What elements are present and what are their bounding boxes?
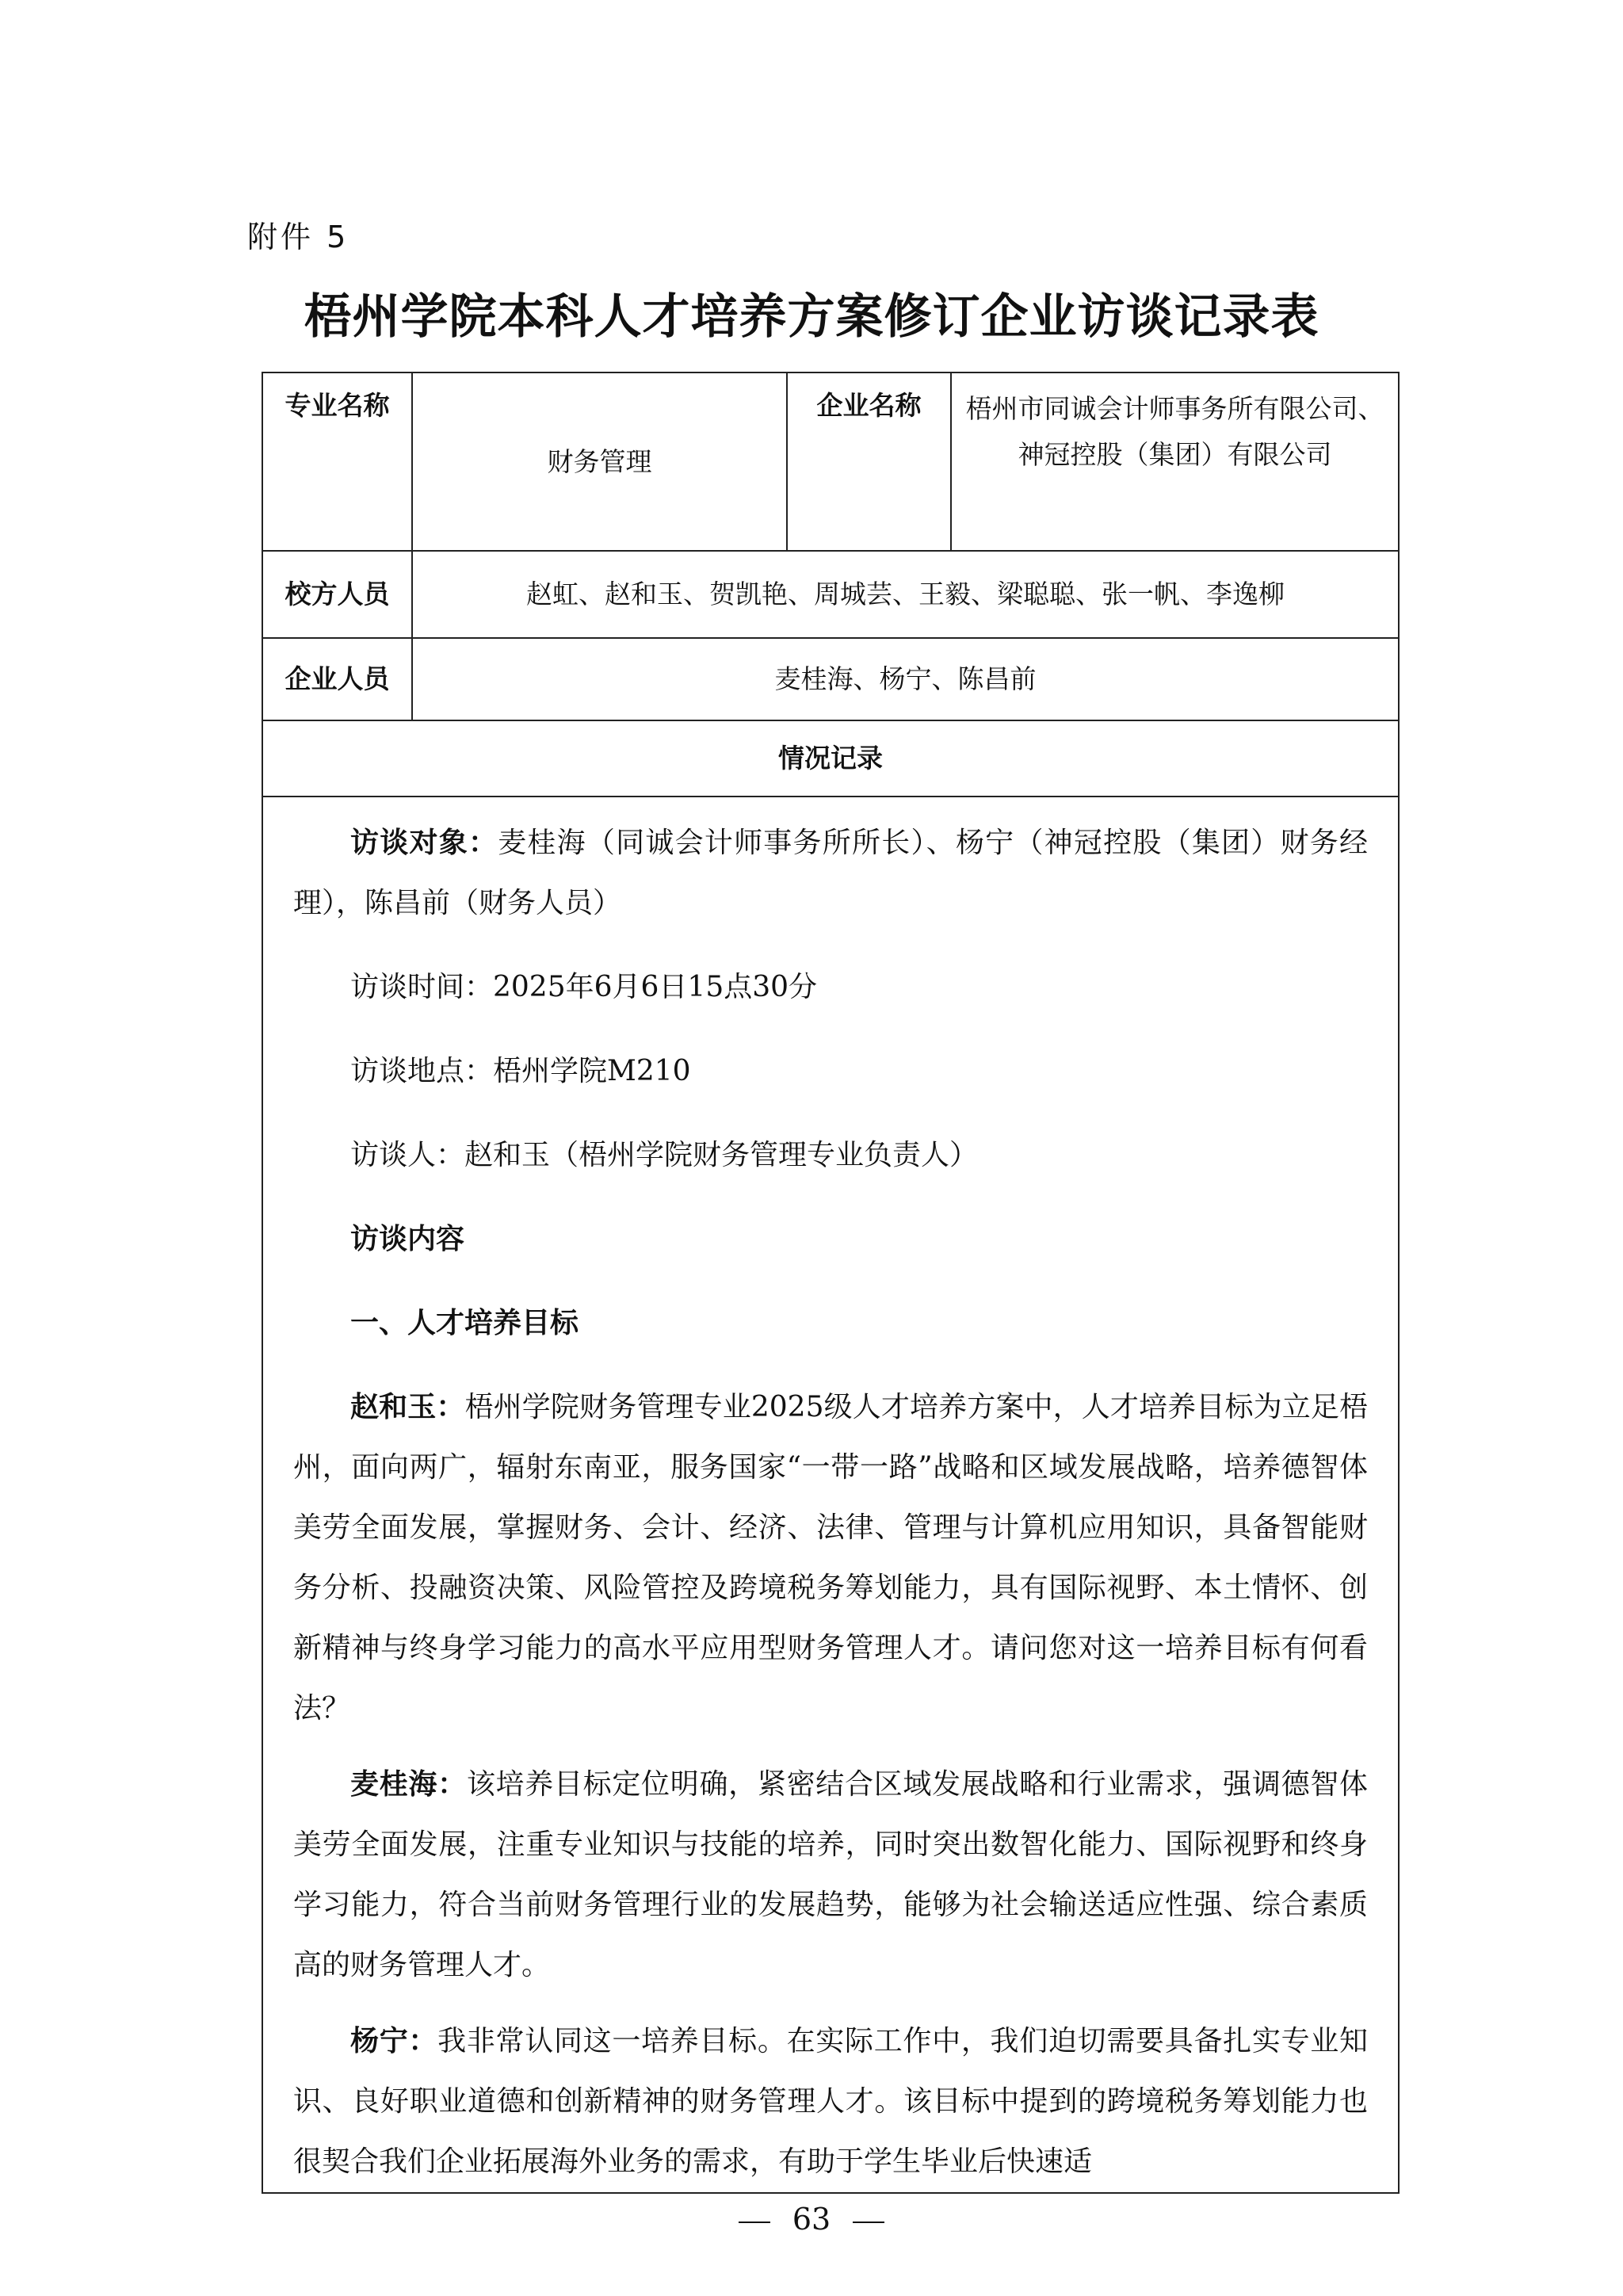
speaker-name: 杨宁： [350,2025,437,2057]
row-company-staff: 企业人员 麦桂海、杨宁、陈昌前 [262,638,1399,720]
record-header: 情况记录 [262,720,1399,797]
row-record-header: 情况记录 [262,720,1399,797]
dialogue-text: 梧州学院财务管理专业2025级人才培养方案中，人才培养目标为立足梧州，面向两广，… [293,1391,1368,1725]
school-staff-value: 赵虹、赵和玉、贺凯艳、周城芸、王毅、梁聪聪、张一帆、李逸柳 [412,551,1399,638]
attachment-label: 附件 5 [247,212,349,256]
dash-decoration [853,2222,884,2223]
speaker-name: 麦桂海： [350,1768,467,1801]
speaker-name: 赵和玉： [350,1391,465,1423]
section-heading: 一、人才培养目标 [293,1293,1368,1354]
interview-record-table: 专业名称 财务管理 企业名称 梧州市同诚会计师事务所有限公司、神冠控股（集团）有… [262,372,1400,2194]
page-number-text: 63 [792,2202,831,2237]
row-school-staff: 校方人员 赵虹、赵和玉、贺凯艳、周城芸、王毅、梁聪聪、张一帆、李逸柳 [262,551,1399,638]
company-value: 梧州市同诚会计师事务所有限公司、神冠控股（集团）有限公司 [951,372,1399,551]
dialogue-text: 我非常认同这一培养目标。在实际工作中，我们迫切需要具备扎实专业知识、良好职业道德… [293,2025,1368,2178]
major-label: 专业名称 [262,372,412,551]
row-record-content: 访谈对象：麦桂海（同诚会计师事务所所长）、杨宁（神冠控股（集团）财务经理），陈昌… [262,797,1399,2193]
row-major-company: 专业名称 财务管理 企业名称 梧州市同诚会计师事务所有限公司、神冠控股（集团）有… [262,372,1399,551]
interview-subject: 访谈对象：麦桂海（同诚会计师事务所所长）、杨宁（神冠控股（集团）财务经理），陈昌… [293,813,1368,934]
dash-decoration [739,2222,770,2223]
school-staff-label: 校方人员 [262,551,412,638]
company-staff-label: 企业人员 [262,638,412,720]
interview-time: 访谈时间：2025年6月6日15点30分 [293,957,1368,1018]
subject-label: 访谈对象： [350,827,498,859]
company-label: 企业名称 [787,372,951,551]
content-heading: 访谈内容 [293,1209,1368,1270]
dialogue-paragraph: 杨宁：我非常认同这一培养目标。在实际工作中，我们迫切需要具备扎实专业知识、良好职… [293,2011,1368,2192]
record-content: 访谈对象：麦桂海（同诚会计师事务所所长）、杨宁（神冠控股（集团）财务经理），陈昌… [262,797,1399,2193]
major-value: 财务管理 [412,372,787,551]
interviewer: 访谈人：赵和玉（梧州学院财务管理专业负责人） [293,1125,1368,1186]
dialogue-paragraph: 赵和玉：梧州学院财务管理专业2025级人才培养方案中，人才培养目标为立足梧州，面… [293,1377,1368,1739]
company-staff-value: 麦桂海、杨宁、陈昌前 [412,638,1399,720]
interview-place: 访谈地点：梧州学院M210 [293,1041,1368,1102]
document-title: 梧州学院本科人才培养方案修订企业访谈记录表 [0,279,1623,347]
dialogue-paragraph: 麦桂海：该培养目标定位明确，紧密结合区域发展战略和行业需求，强调德智体美劳全面发… [293,1755,1368,1996]
page-number: 63 [0,2202,1623,2237]
